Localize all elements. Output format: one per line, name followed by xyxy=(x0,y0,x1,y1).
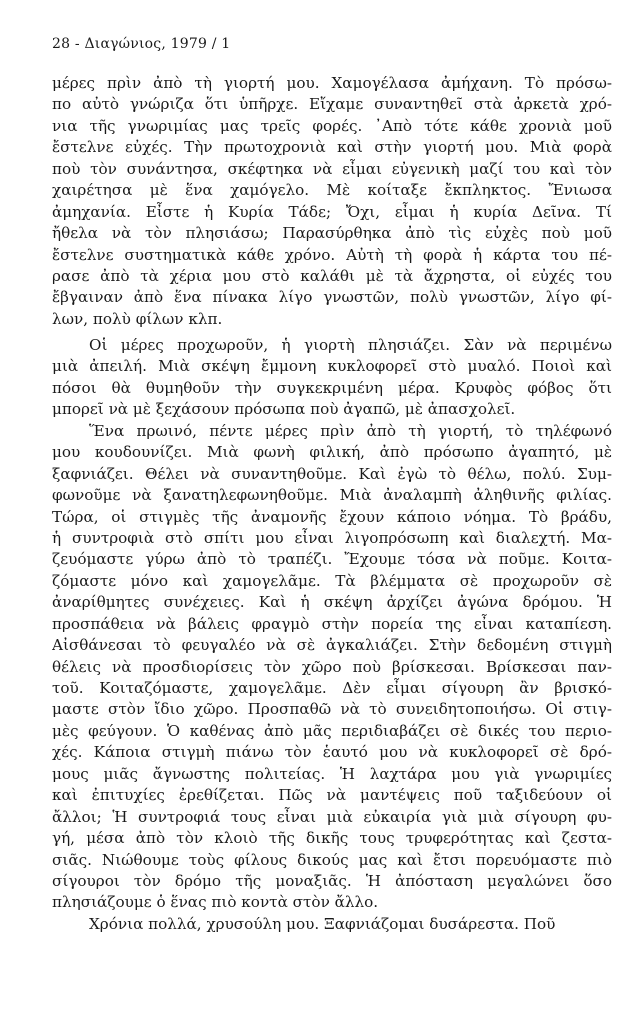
text-line: ἄλλοι; Ἡ συντροφιά τους εἶναι μιὰ εὐκαιρ… xyxy=(52,807,612,828)
text-line: φωνοῦμε νὰ ξανατηλεφωνηθοῦμε. Μιὰ ἀναλαμ… xyxy=(52,485,612,506)
text-line: ἔστελνε συστηματικὰ κάθε χρόνο. Αὐτὴ τὴ … xyxy=(52,245,612,266)
text-line: ζόμαστε μόνο καὶ χαμογελᾶμε. Τὰ βλέμματα… xyxy=(52,571,612,592)
text-line: ξαφνιάζει. Θέλει νὰ συναντηθοῦμε. Καὶ ἐγ… xyxy=(52,464,612,485)
text-line: ρασε ἀπὸ τὰ χέρια μου στὸ καλάθι μὲ τὰ ἄ… xyxy=(52,266,612,287)
text-line: μαστε στὸν ἴδιο χῶρο. Προσπαθῶ νὰ τὸ συν… xyxy=(52,699,612,720)
text-line: Ἕνα πρωινό, πέντε μέρες πρὶν ἀπὸ τὴ γιορ… xyxy=(52,421,612,442)
text-line: ἀναρίθμητες συνέχειες. Καὶ ἡ σκέψη ἀρχίζ… xyxy=(52,592,612,613)
text-line: ἀμηχανία. Εἶστε ἡ Κυρία Τάδε; Ὄχι, εἶμαι… xyxy=(52,202,612,223)
text-line: πόσοι θὰ θυμηθοῦν τὴν συγκεκριμένη μέρα.… xyxy=(52,378,612,399)
text-line: ἤθελα νὰ τὸν πλησιάσω; Παρασύρθηκα ἀπὸ τ… xyxy=(52,223,612,244)
text-line: Οἱ μέρες προχωροῦν, ἡ γιορτὴ πλησιάζει. … xyxy=(52,335,612,356)
text-line: γή, μέσα ἀπὸ τὸν κλοιὸ τῆς δικῆς τους τρ… xyxy=(52,828,612,849)
text-line: πο αὐτὸ γνώριζα ὅτι ὑπῆρχε. Εἴχαμε συναν… xyxy=(52,94,612,115)
paragraph-block-2: Οἱ μέρες προχωροῦν, ἡ γιορτὴ πλησιάζει. … xyxy=(52,335,612,935)
text-line: Χρόνια πολλά, χρυσούλη μου. Ξαφνιάζομαι … xyxy=(52,914,612,935)
text-line: πλησιάζουμε ὁ ἕνας πιὸ κοντὰ στὸν ἄλλο. xyxy=(52,892,612,913)
text-line: χές. Κάποια στιγμὴ πιάνω τὸν ἑαυτό μου ν… xyxy=(52,742,612,763)
text-line: μιὰ ἀπειλή. Μιὰ σκέψη ἔμμονη κυκλοφορεῖ … xyxy=(52,356,612,377)
text-line: Τώρα, οἱ στιγμὲς τῆς ἀναμονῆς ἔχουν κάπο… xyxy=(52,507,612,528)
running-head: 28 - Διαγώνιος, 1979 / 1 xyxy=(52,36,230,52)
paragraph: Ἕνα πρωινό, πέντε μέρες πρὶν ἀπὸ τὴ γιορ… xyxy=(52,421,612,914)
text-line: χαιρέτησα μὲ ἕνα χαμόγελο. Μὲ κοίταξε ἔκ… xyxy=(52,180,612,201)
text-line: νια τῆς γνωριμίας μας τρεῖς φορές. ᾿Απὸ … xyxy=(52,116,612,137)
text-line: Αἰσθάνεσαι τὸ φευγαλέο νὰ σὲ ἀγκαλιάζει.… xyxy=(52,635,612,656)
text-line: καὶ ἐπιτυχίες ἐρεθίζεται. Πῶς νὰ μαντέψε… xyxy=(52,785,612,806)
text-line: προσπάθεια νὰ βάλεις φραγμὸ στὴν πορεία … xyxy=(52,614,612,635)
text-line: τοῦ. Κοιταζόμαστε, χαμογελᾶμε. Δὲν εἶμαι… xyxy=(52,678,612,699)
text-line: ἔστελνε εὐχές. Τὴν πρωτοχρονιὰ καὶ στὴν … xyxy=(52,137,612,158)
paragraph-block-1: μέρες πρὶν ἀπὸ τὴ γιορτή μου. Χαμογέλασα… xyxy=(52,73,612,330)
text-line: ποὺ τὸν συνάντησα, σκέφτηκα νὰ εἶμαι εὐγ… xyxy=(52,159,612,180)
text-line: ἡ συντροφιὰ στὸ σπίτι μου εἶναι λιγοπρόσ… xyxy=(52,528,612,549)
text-line: μους μιᾶς ἄγνωστης πολιτείας. Ἡ λαχτάρα … xyxy=(52,764,612,785)
paragraph: Οἱ μέρες προχωροῦν, ἡ γιορτὴ πλησιάζει. … xyxy=(52,335,612,421)
text-line: μου κουδουνίζει. Μιὰ φωνὴ φιλική, ἀπὸ πρ… xyxy=(52,442,612,463)
text-line: μέρες πρὶν ἀπὸ τὴ γιορτή μου. Χαμογέλασα… xyxy=(52,73,612,94)
text-line: σίγουροι τὸν δρόμο τῆς μοναξιᾶς. Ἡ ἀπόστ… xyxy=(52,871,612,892)
text-line: θέλεις νὰ προσδιορίσεις τὸν χῶρο ποὺ βρί… xyxy=(52,657,612,678)
text-line: ζευόμαστε γύρω ἀπὸ τὸ τραπέζι. Ἔχουμε τό… xyxy=(52,549,612,570)
text-line: μπορεῖ νὰ μὲ ξεχάσουν πρόσωπα ποὺ ἀγαπῶ,… xyxy=(52,399,612,420)
text-line: σιᾶς. Νιώθουμε τοὺς φίλους δικούς μας κα… xyxy=(52,850,612,871)
text-line: μὲς φεύγουν. Ὁ καθένας ἀπὸ μᾶς περιδιαβά… xyxy=(52,721,612,742)
text-line: ἔβγαιναν ἀπὸ ἕνα πίνακα λίγο γνωστῶν, πο… xyxy=(52,287,612,308)
paragraph: μέρες πρὶν ἀπὸ τὴ γιορτή μου. Χαμογέλασα… xyxy=(52,73,612,330)
text-line: λων, πολὺ φίλων κλπ. xyxy=(52,309,612,330)
paragraph: Χρόνια πολλά, χρυσούλη μου. Ξαφνιάζομαι … xyxy=(52,914,612,935)
